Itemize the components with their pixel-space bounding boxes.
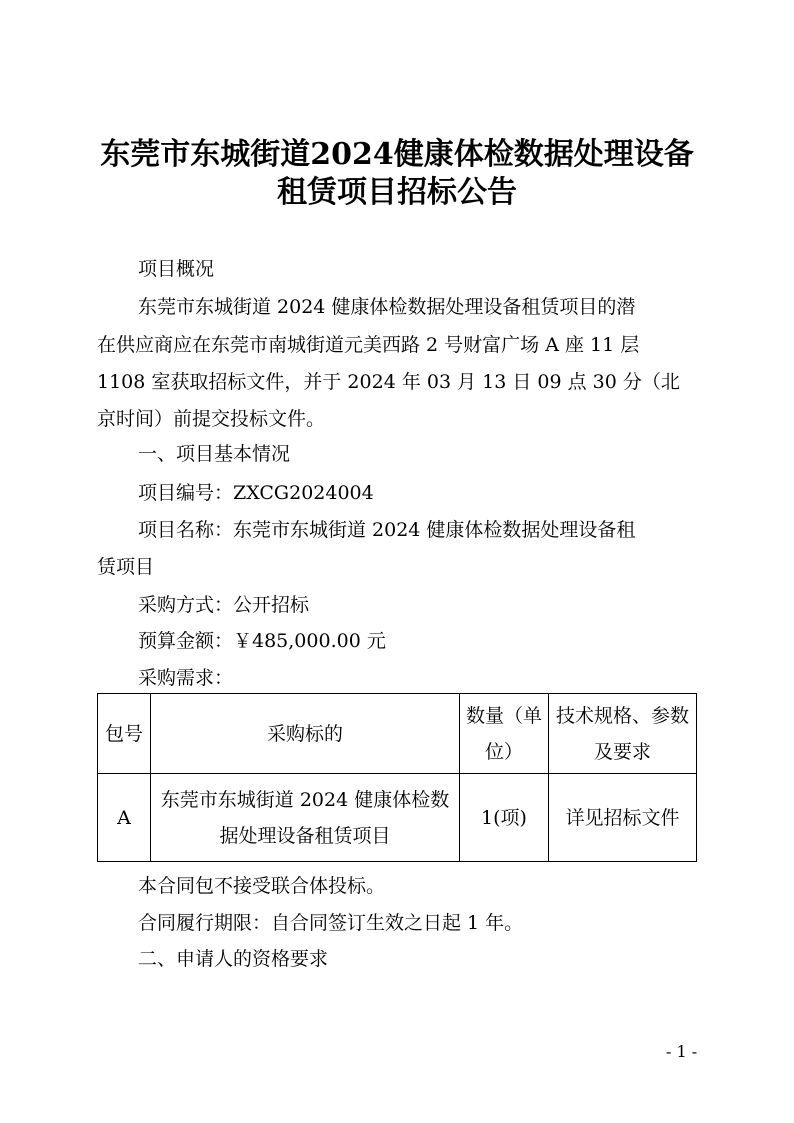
table-row: A 东莞市东城街道 2024 健康体检数据处理设备租赁项目 1(项) 详见招标文…: [98, 774, 697, 862]
cell-package: A: [98, 774, 151, 862]
cell-quantity: 1(项): [460, 774, 549, 862]
title-line-2: 租赁项目招标公告: [0, 173, 794, 213]
page-number: - 1 -: [666, 1042, 697, 1061]
project-name-cont: 赁项目: [97, 548, 154, 586]
no-consortium-note: 本合同包不接受联合体投标。: [138, 867, 385, 905]
section2-heading: 二、申请人的资格要求: [138, 940, 328, 978]
cell-subject: 东莞市东城街道 2024 健康体检数据处理设备租赁项目: [151, 774, 460, 862]
header-spec: 技术规格、参数及要求: [549, 694, 697, 774]
requirement-label: 采购需求：: [138, 659, 233, 697]
procurement-method: 采购方式：公开招标: [138, 586, 309, 624]
section1-heading: 一、项目基本情况: [138, 435, 290, 473]
contract-term: 合同履行期限：自合同签订生效之日起 1 年。: [138, 904, 523, 942]
cell-spec: 详见招标文件: [549, 774, 697, 862]
overview-line: 京时间）前提交投标文件。: [97, 400, 325, 438]
header-package: 包号: [98, 694, 151, 774]
project-number: 项目编号：ZXCG2024004: [138, 474, 374, 512]
header-quantity: 数量（单位）: [460, 694, 549, 774]
overview-line: 在供应商应在东莞市南城街道元美西路 2 号财富广场 A 座 11 层: [97, 326, 639, 364]
project-name: 项目名称：东莞市东城街道 2024 健康体检数据处理设备租: [138, 511, 635, 549]
overview-heading: 项目概况: [138, 250, 214, 288]
header-subject: 采购标的: [151, 694, 460, 774]
requirement-table: 包号 采购标的 数量（单位） 技术规格、参数及要求 A 东莞市东城街道 2024…: [97, 693, 697, 862]
overview-line: 1108 室获取招标文件，并于 2024 年 03 月 13 日 09 点 30…: [97, 363, 680, 401]
overview-line: 东莞市东城街道 2024 健康体检数据处理设备租赁项目的潜: [138, 288, 635, 326]
title-line-1: 东莞市东城街道2024健康体检数据处理设备: [0, 135, 794, 175]
table-header-row: 包号 采购标的 数量（单位） 技术规格、参数及要求: [98, 694, 697, 774]
budget-amount: 预算金额：￥485,000.00 元: [138, 622, 386, 660]
